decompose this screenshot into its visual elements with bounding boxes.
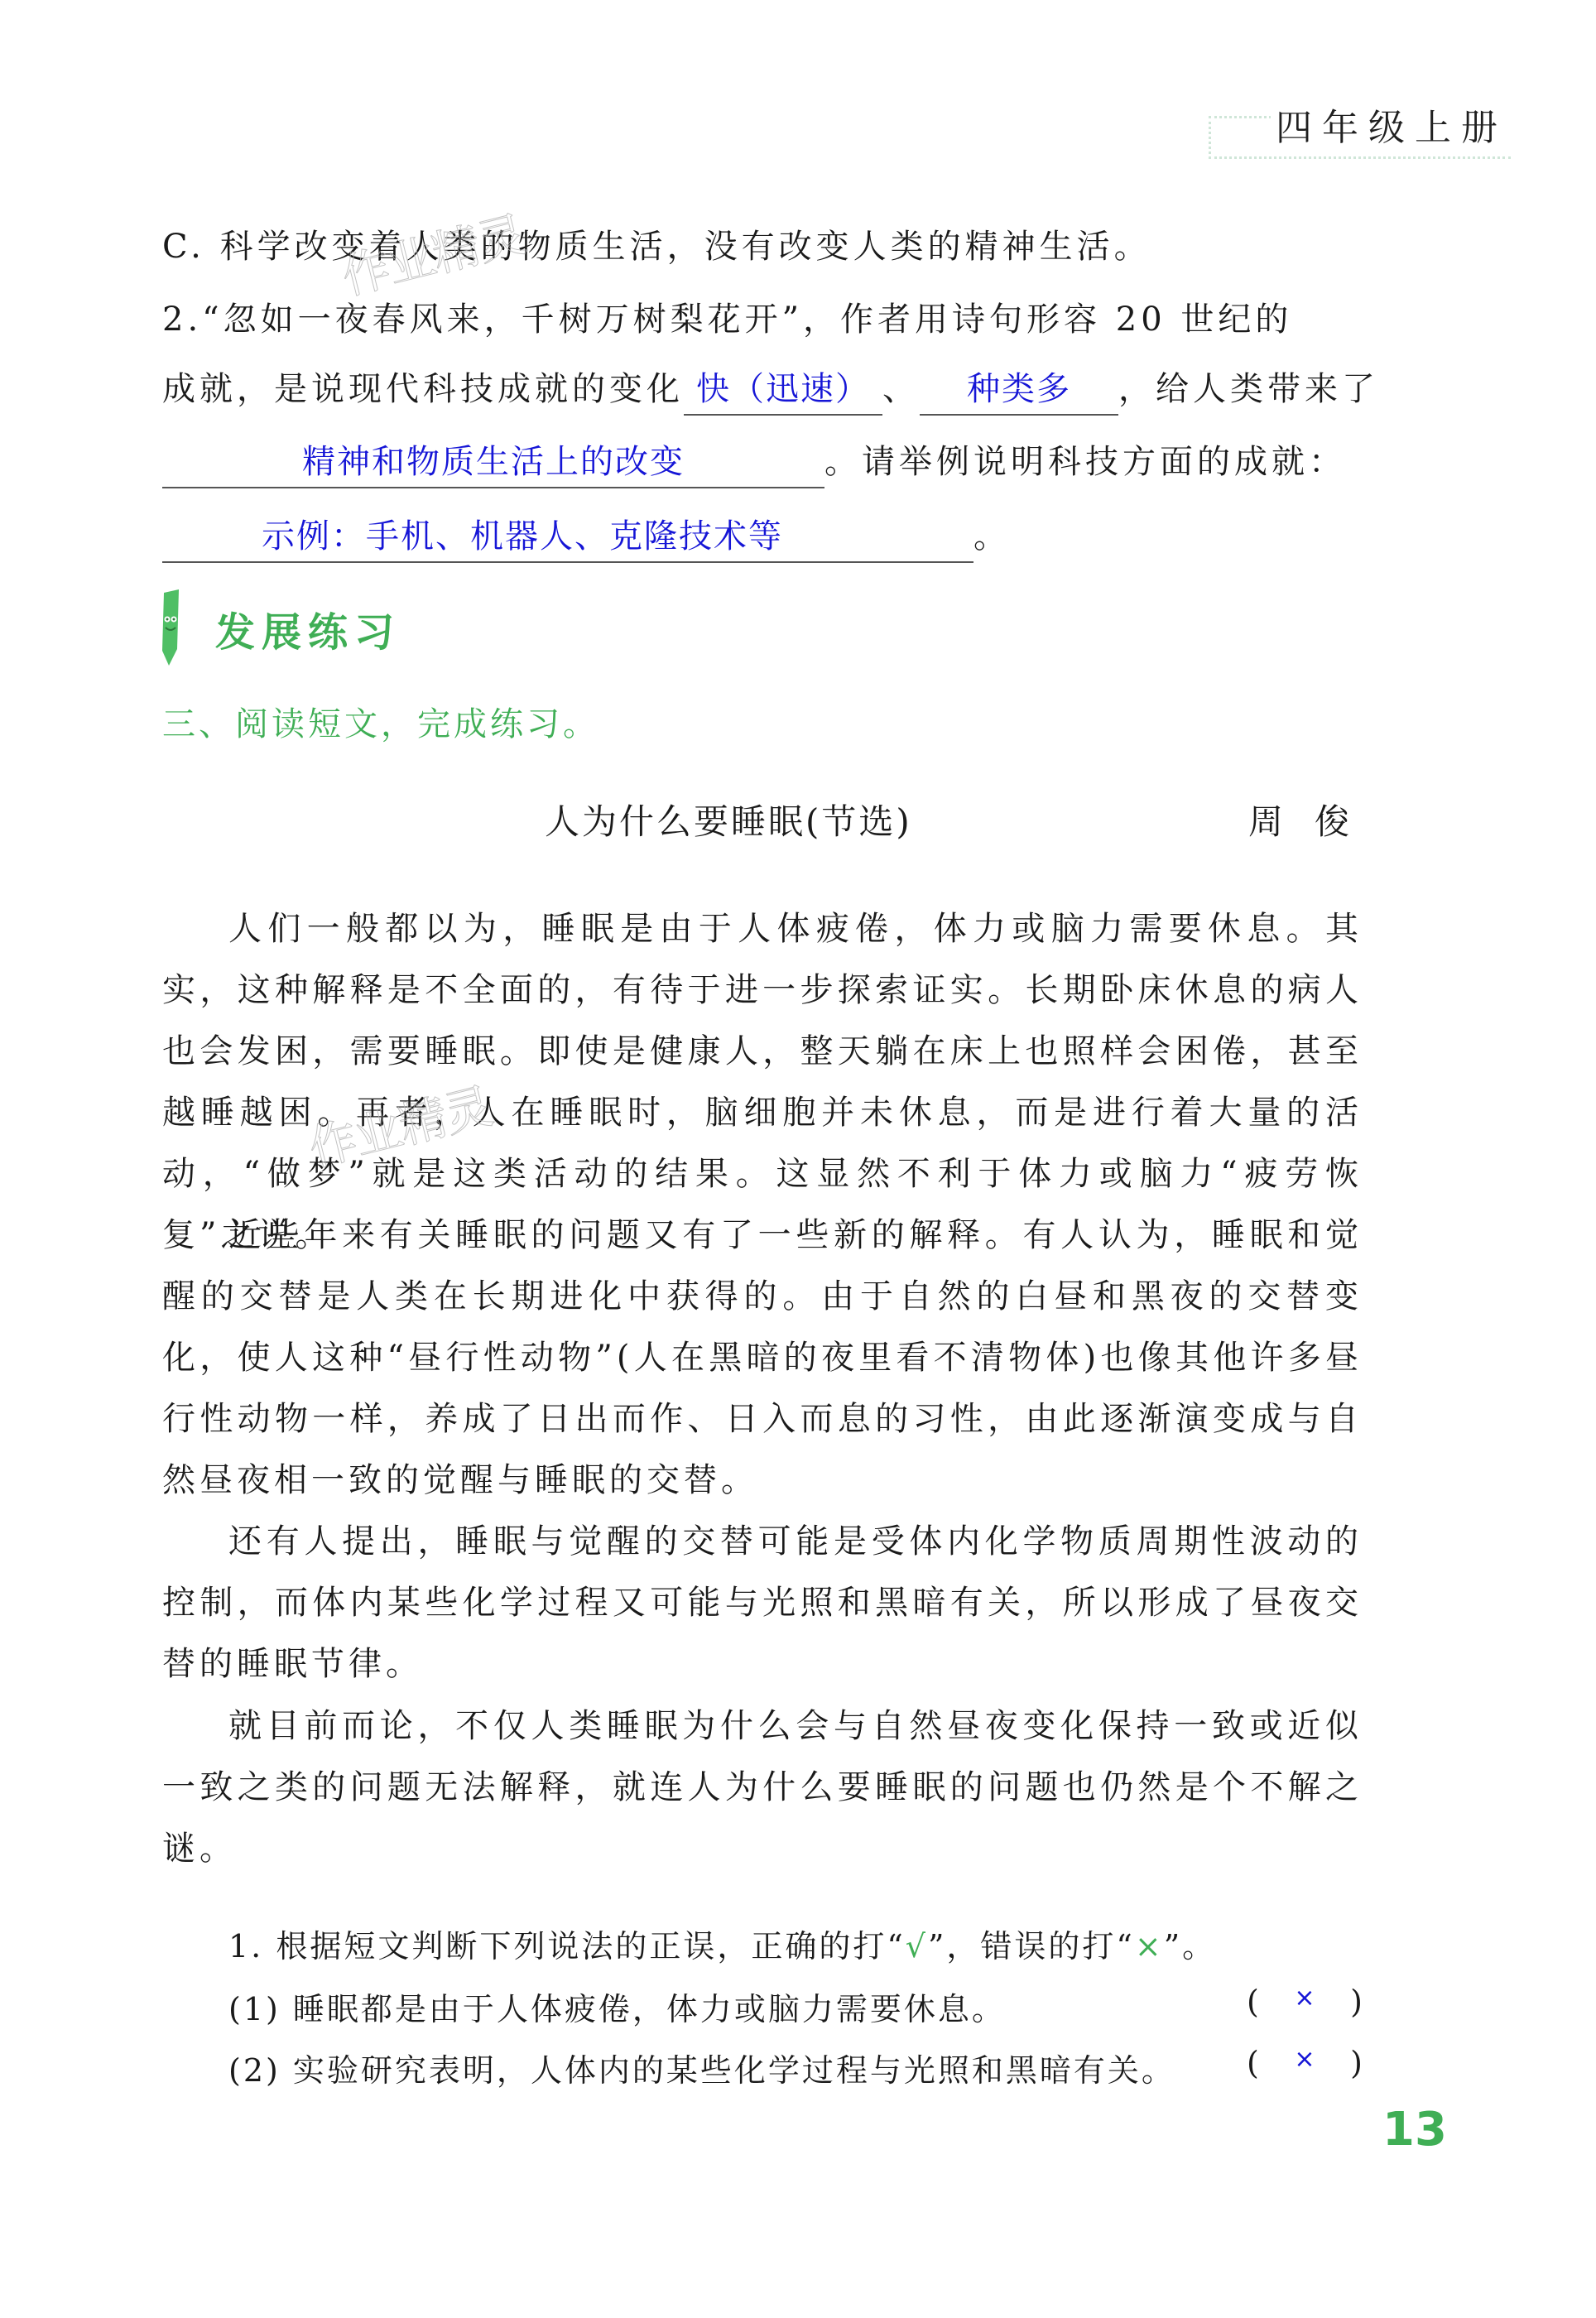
- question-2-line4: 示例：手机、机器人、克隆技术等。: [162, 512, 1011, 563]
- question-2-line4-suffix: 。: [973, 517, 1011, 555]
- separator: 、: [882, 370, 920, 408]
- exercise-instruction: 1. 根据短文判断下列说法的正误，正确的打“√”，错误的打“×”。: [228, 1921, 1216, 1966]
- answer-4-text: 示例：手机、机器人、克隆技术等: [162, 517, 783, 555]
- section-heading: 发展练习: [215, 600, 401, 657]
- answer-mark-2: ×: [1294, 2045, 1315, 2081]
- article-author: 周俊: [1248, 795, 1381, 844]
- article-title: 人为什么要睡眠(节选): [545, 795, 912, 844]
- answer-box-2[interactable]: ( × ): [1247, 2045, 1363, 2081]
- question-2-line3: 精神和物质生活上的改变。请举例说明科技方面的成就：: [162, 437, 1346, 488]
- article-paragraph-4: 就目前而论，不仅人类睡眠为什么会与自然昼夜变化保持一致或近似一致之类的问题无法解…: [162, 1695, 1363, 1879]
- check-mark-icon: √: [906, 1928, 928, 1965]
- answer-mark-1: ×: [1294, 1984, 1315, 2020]
- article-paragraph-2: 近些年来有关睡眠的问题又有了一些新的解释。有人认为，睡眠和觉醒的交替是人类在长期…: [162, 1205, 1363, 1511]
- exercise-item-2: (2) 实验研究表明，人体内的某些化学过程与光照和黑暗有关。: [228, 2045, 1175, 2090]
- answer-blank-2[interactable]: 种类多: [920, 364, 1118, 416]
- pencil-icon: [159, 589, 182, 666]
- article-paragraph-3: 还有人提出，睡眠与觉醒的交替可能是受体内化学物质周期性波动的控制，而体内某些化学…: [162, 1511, 1363, 1695]
- answer-blank-3[interactable]: 精神和物质生活上的改变: [162, 437, 824, 488]
- question-2-line2: 成就，是说现代科技成就的变化快（迅速）、种类多，给人类带来了: [162, 364, 1379, 416]
- answer-blank-4[interactable]: 示例：手机、机器人、克隆技术等: [162, 512, 973, 563]
- watermark: 作业精灵: [334, 195, 531, 308]
- question-2-line1: 2.“忽如一夜春风来，千树万树梨花开”，作者用诗句形容 20 世纪的: [162, 296, 1292, 343]
- task-title: 三、阅读短文，完成练习。: [162, 698, 599, 745]
- question-2-line3-suffix: 。请举例说明科技方面的成就：: [824, 443, 1346, 481]
- answer-box-1[interactable]: ( × ): [1247, 1984, 1363, 2020]
- exercise-item-1: (1) 睡眠都是由于人体疲倦，体力或脑力需要休息。: [228, 1984, 1006, 2029]
- question-2-prefix: 成就，是说现代科技成就的变化: [162, 370, 684, 408]
- answer-blank-1[interactable]: 快（迅速）: [684, 364, 882, 416]
- page-number: 13: [1382, 2103, 1447, 2157]
- option-c: C. 科学改变着人类的物质生活，没有改变人类的精神生活。: [162, 224, 1151, 270]
- cross-mark-icon: ×: [1135, 1928, 1164, 1965]
- question-2-suffix: ，给人类带来了: [1118, 370, 1379, 408]
- grade-label: 四年级上册: [1271, 98, 1512, 151]
